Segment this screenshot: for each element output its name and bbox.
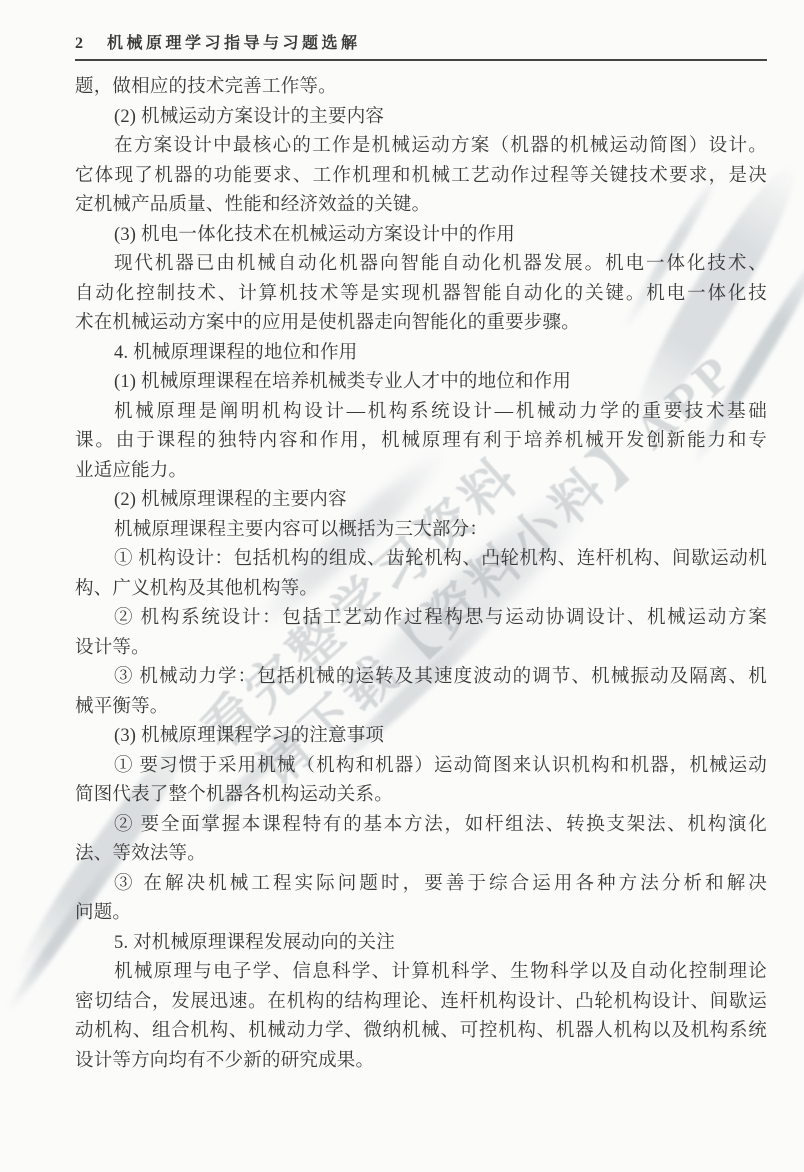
text-line: 机械原理与电子学、信息科学、计算机科学、生物科学以及自动化控制理论	[75, 958, 767, 988]
text-line: 问题。	[75, 899, 767, 929]
text-line: 机械原理是阐明机构设计—机构系统设计—机械动力学的重要技术基础	[75, 398, 767, 428]
text-line: 设计等方向均有不少新的研究成果。	[75, 1047, 767, 1077]
page-number: 2	[75, 35, 83, 53]
text-line: 设计等。	[75, 634, 767, 664]
text-line: 题，做相应的技术完善工作等。	[75, 73, 767, 103]
text-line: 密切结合，发展迅速。在机构的结构理论、连杆机构设计、凸轮机构设计、间歇运	[75, 988, 767, 1018]
text-line: ① 要习惯于采用机械（机构和机器）运动简图来认识机构和机器，机械运动	[75, 752, 767, 782]
text-line: ① 机构设计：包括机构的组成、齿轮机构、凸轮机构、连杆机构、间歇运动机	[75, 545, 767, 575]
text-line: 械平衡等。	[75, 693, 767, 723]
text-line: 构、广义机构及其他机构等。	[75, 575, 767, 605]
header-rule	[75, 59, 767, 61]
text-line: 它体现了机器的功能要求、工作机理和机械工艺动作过程等关键技术要求，是决	[75, 162, 767, 192]
page-header: 2 机械原理学习指导与习题选解	[75, 30, 767, 53]
body-lines: 题，做相应的技术完善工作等。(2) 机械运动方案设计的主要内容在方案设计中最核心…	[75, 73, 767, 1076]
text-line: (3) 机械原理课程学习的注意事项	[75, 722, 767, 752]
text-line: 业适应能力。	[75, 457, 767, 487]
text-line: 自动化控制技术、计算机技术等是实现机器智能自动化的关键。机电一体化技	[75, 280, 767, 310]
text-line: 4. 机械原理课程的地位和作用	[75, 339, 767, 369]
text-line: 现代机器已由机械自动化机器向智能自动化机器发展。机电一体化技术、	[75, 250, 767, 280]
text-line: ② 要全面掌握本课程特有的基本方法，如杆组法、转换支架法、机构演化	[75, 811, 767, 841]
text-line: 在方案设计中最核心的工作是机械运动方案（机器的机械运动简图）设计。	[75, 132, 767, 162]
text-line: 动机构、组合机构、机械动力学、微纳机械、可控机构、机器人机构以及机构系统	[75, 1017, 767, 1047]
text-line: 法、等效法等。	[75, 840, 767, 870]
text-line: 机械原理课程主要内容可以概括为三大部分：	[75, 516, 767, 546]
text-line: 课。由于课程的独特内容和作用，机械原理有利于培养机械开发创新能力和专	[75, 427, 767, 457]
text-line: ③ 机械动力学：包括机械的运转及其速度波动的调节、机械振动及隔离、机	[75, 663, 767, 693]
text-line: (3) 机电一体化技术在机械运动方案设计中的作用	[75, 221, 767, 251]
text-line: 定机械产品质量、性能和经济效益的关键。	[75, 191, 767, 221]
text-line: (1) 机械原理课程在培养机械类专业人才中的地位和作用	[75, 368, 767, 398]
text-line: (2) 机械原理课程的主要内容	[75, 486, 767, 516]
text-line: 术在机械运动方案中的应用是使机器走向智能化的重要步骤。	[75, 309, 767, 339]
scanned-book-page: 看完整学习资料 请下载【资料小料】APP 2 机械原理学习指导与习题选解 题，做…	[0, 0, 804, 1172]
text-line: 5. 对机械原理课程发展动向的关注	[75, 929, 767, 959]
text-line: (2) 机械运动方案设计的主要内容	[75, 103, 767, 133]
text-line: 简图代表了整个机器各机构运动关系。	[75, 781, 767, 811]
text-line: ② 机构系统设计：包括工艺动作过程构思与运动协调设计、机械运动方案	[75, 604, 767, 634]
book-title: 机械原理学习指导与习题选解	[107, 30, 361, 53]
text-line: ③ 在解决机械工程实际问题时，要善于综合运用各种方法分析和解决	[75, 870, 767, 900]
